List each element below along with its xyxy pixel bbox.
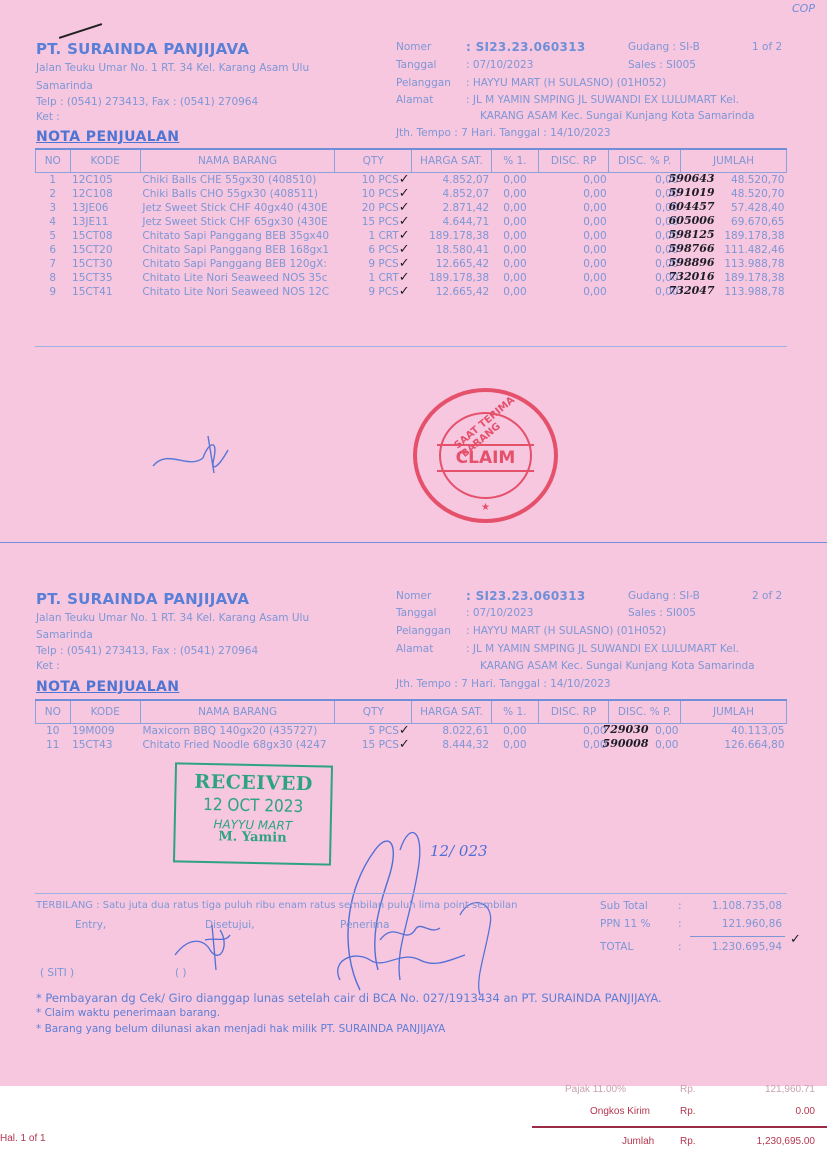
table-row: 413JE11Jetz Sweet Stick CHF 65gx30 (430E…	[36, 215, 787, 229]
row-disc-p: 0,00590643	[609, 173, 681, 188]
handwritten-note: 604457	[669, 200, 715, 213]
row-harga: 4.852,07	[412, 173, 492, 188]
row-disc-p: 0,00598125	[609, 229, 681, 243]
row-kode: 12C105	[70, 173, 140, 188]
sig-entry-name: ( SITI )	[40, 967, 74, 979]
row-kode: 15CT41	[70, 285, 140, 299]
ongkos-label: Ongkos Kirim	[590, 1106, 650, 1117]
handwritten-note: 732016	[669, 270, 715, 283]
col-nama-barang: NAMA BARANG	[140, 149, 334, 173]
company-address: Jalan Teuku Umar No. 1 RT. 34 Kel. Karan…	[36, 62, 309, 74]
alamat-label: Alamat	[396, 94, 433, 106]
pelanggan-value: : HAYYU MART (H SULASNO) (01H052)	[466, 77, 666, 89]
table-bottom-rule	[35, 346, 787, 347]
total-label: TOTAL	[600, 941, 633, 953]
row-kode: 13JE11	[70, 215, 140, 229]
jatuh-tempo: Jth. Tempo : 7 Hari. Tanggal : 14/10/202…	[396, 678, 611, 690]
ongkos-value: 0.00	[720, 1106, 815, 1117]
row-persen: 0,00	[491, 173, 538, 188]
pajak-currency: Rp.	[680, 1084, 696, 1095]
col-no: NO	[36, 149, 71, 173]
col-harga-sat: HARGA SAT.	[412, 700, 491, 724]
table-row: 815CT35Chitato Lite Nori Seaweed NOS 35c…	[36, 271, 787, 285]
table-row: 1115CT43Chitato Fried Noodle 68gx30 (424…	[36, 738, 787, 752]
company-address: Jalan Teuku Umar No. 1 RT. 34 Kel. Karan…	[36, 612, 309, 624]
sales: Sales : SI005	[628, 607, 696, 619]
table-row: 1019M009Maxicorn BBQ 140gx20 (435727)5 P…	[36, 724, 787, 739]
row-no: 4	[36, 215, 71, 229]
alamat-line1: : JL M YAMIN SMPING JL SUWANDI EX LULUMA…	[466, 643, 739, 655]
totals-rule	[35, 893, 787, 894]
row-nama-barang: Chitato Fried Noodle 68gx30 (4247	[140, 738, 334, 752]
row-persen: 0,00	[491, 201, 538, 215]
row-disc-rp: 0,00	[539, 271, 609, 285]
alamat-line2: KARANG ASAM Kec. Sungai Kunjang Kota Sam…	[480, 110, 755, 122]
tanggal-value: : 07/10/2023	[466, 59, 533, 71]
row-disc-p: 0,00729030	[609, 724, 681, 739]
col-disc-p: DISC. % P.	[609, 700, 681, 724]
row-disc-rp: 0,00	[539, 285, 609, 299]
checkmark-icon: ✓	[399, 186, 410, 201]
checkmark-icon: ✓	[399, 172, 410, 187]
checkmark-icon: ✓	[399, 737, 410, 752]
company-name: PT. SURAINDA PANJIJAVA	[36, 590, 249, 608]
row-qty: 10 PCS✓	[335, 187, 412, 201]
jumlah-label: Jumlah	[622, 1136, 654, 1147]
page-divider	[0, 542, 827, 543]
payment-note: * Pembayaran dg Cek/ Giro dianggap lunas…	[36, 991, 662, 1005]
pelanggan-value: : HAYYU MART (H SULASNO) (01H052)	[466, 625, 666, 637]
row-qty: 1 CRT✓	[335, 271, 412, 285]
total-checkmark: ✓	[790, 932, 801, 947]
row-disc-p: 0,00598766	[609, 243, 681, 257]
col-kode: KODE	[70, 149, 140, 173]
nomer-label: Nomer	[396, 590, 431, 602]
row-disc-p: 0,00590008	[609, 738, 681, 752]
terbilang: TERBILANG : Satu juta dua ratus tiga pul…	[36, 900, 518, 911]
checkmark-icon: ✓	[399, 723, 410, 738]
row-qty: 9 PCS✓	[335, 257, 412, 271]
total-rule	[690, 936, 785, 937]
col-persen: % 1.	[491, 700, 538, 724]
row-disc-rp: 0,00	[539, 738, 609, 752]
row-harga: 2.871,42	[412, 201, 492, 215]
row-nama-barang: Chiki Balls CHE 55gx30 (408510)	[140, 173, 334, 188]
row-harga: 8.444,32	[412, 738, 491, 752]
row-no: 1	[36, 173, 71, 188]
row-harga: 8.022,61	[412, 724, 491, 739]
row-disc-rp: 0,00	[539, 724, 609, 739]
alamat-line1: : JL M YAMIN SMPING JL SUWANDI EX LULUMA…	[466, 94, 739, 106]
col-disc-rp: DISC. RP	[539, 149, 609, 173]
col-jumlah: JUMLAH	[681, 149, 787, 173]
table-row: 615CT20Chitato Sapi Panggang BEB 168gx16…	[36, 243, 787, 257]
row-qty: 15 PCS✓	[335, 215, 412, 229]
checkmark-icon: ✓	[399, 200, 410, 215]
row-disc-p: 0,00604457	[609, 201, 681, 215]
row-qty: 5 PCS✓	[335, 724, 412, 739]
checkmark-icon: ✓	[399, 270, 410, 285]
jumlah-value: 1,230,695.00	[720, 1136, 815, 1147]
alamat-line2: KARANG ASAM Kec. Sungai Kunjang Kota Sam…	[480, 660, 755, 672]
row-nama-barang: Chiki Balls CHO 55gx30 (408511)	[140, 187, 334, 201]
company-phone: Telp : (0541) 273413, Fax : (0541) 27096…	[36, 645, 258, 657]
sales: Sales : SI005	[628, 59, 696, 71]
gudang: Gudang : SI-B	[628, 590, 700, 602]
row-disc-p: 0,00605006	[609, 215, 681, 229]
handwritten-note: 590643	[669, 172, 715, 185]
company-city: Samarinda	[36, 80, 93, 92]
row-harga: 12.665,42	[412, 285, 492, 299]
row-qty: 15 PCS✓	[335, 738, 412, 752]
row-qty: 6 PCS✓	[335, 243, 412, 257]
row-no: 10	[36, 724, 71, 739]
company-city: Samarinda	[36, 629, 93, 641]
row-persen: 0,00	[491, 271, 538, 285]
col-disc-rp: DISC. RP	[539, 700, 609, 724]
items-table: NO KODE NAMA BARANG QTY HARGA SAT. % 1. …	[35, 148, 787, 299]
underlying-receipt: Pajak 11.00% Rp. 121,960.71 Ongkos Kirim…	[0, 1086, 827, 1169]
row-persen: 0,00	[491, 215, 538, 229]
page-info-text: Hal. 1 of 1	[0, 1133, 46, 1144]
row-no: 8	[36, 271, 71, 285]
checkmark-icon: ✓	[399, 228, 410, 243]
row-no: 6	[36, 243, 71, 257]
row-no: 2	[36, 187, 71, 201]
row-no: 3	[36, 201, 71, 215]
row-no: 11	[36, 738, 71, 752]
handwritten-scribble	[148, 428, 238, 478]
table-row: 715CT30Chitato Sapi Panggang BEB 120gX:9…	[36, 257, 787, 271]
checkmark-icon: ✓	[399, 214, 410, 229]
claim-note: * Claim waktu penerimaan barang.	[36, 1007, 220, 1019]
pelanggan-label: Pelanggan	[396, 77, 451, 89]
tanggal-value: : 07/10/2023	[466, 607, 533, 619]
table-row: 212C108Chiki Balls CHO 55gx30 (408511)10…	[36, 187, 787, 201]
col-disc-p: DISC. % P.	[609, 149, 681, 173]
col-kode: KODE	[70, 700, 140, 724]
row-harga: 4.644,71	[412, 215, 492, 229]
row-harga: 12.665,42	[412, 257, 492, 271]
page-info: Hal. 1 of 1	[0, 1133, 46, 1144]
document-title: NOTA PENJUALAN	[36, 679, 179, 695]
row-kode: 15CT35	[70, 271, 140, 285]
row-jumlah: 126.664,80	[680, 738, 786, 752]
row-kode: 15CT20	[70, 243, 140, 257]
row-no: 7	[36, 257, 71, 271]
page-number: 2 of 2	[752, 590, 782, 602]
col-harga-sat: HARGA SAT.	[412, 149, 492, 173]
row-kode: 19M009	[70, 724, 140, 739]
col-qty: QTY	[335, 149, 412, 173]
row-disc-p: 0,00598896	[609, 257, 681, 271]
row-no: 9	[36, 285, 71, 299]
alamat-label: Alamat	[396, 643, 433, 655]
subtotal-label: Sub Total	[600, 900, 648, 912]
pajak-label: Pajak 11.00%	[565, 1084, 626, 1095]
row-qty: 1 CRT✓	[335, 229, 412, 243]
handwritten-note: 729030	[603, 723, 649, 736]
row-kode: 13JE06	[70, 201, 140, 215]
row-disc-rp: 0,00	[539, 229, 609, 243]
handwritten-note: 605006	[669, 214, 715, 227]
pelanggan-label: Pelanggan	[396, 625, 451, 637]
tanggal-label: Tanggal	[396, 607, 436, 619]
sig-penerima-label: Penerima	[340, 919, 389, 931]
subtotal-value: 1.108.735,08	[700, 900, 782, 912]
jumlah-rule	[532, 1126, 827, 1128]
row-nama-barang: Chitato Sapi Panggang BEB 35gx40	[140, 229, 334, 243]
row-nama-barang: Chitato Lite Nori Seaweed NOS 35c	[140, 271, 334, 285]
row-persen: 0,00	[491, 285, 538, 299]
table-row: 112C105Chiki Balls CHE 55gx30 (408510)10…	[36, 173, 787, 188]
handwritten-note: 598125	[669, 228, 715, 241]
row-nama-barang: Chitato Lite Nori Seaweed NOS 12C	[140, 285, 334, 299]
row-disc-rp: 0,00	[539, 243, 609, 257]
claim-stamp: SAAT TERIMA BARANG CLAIM ★	[413, 388, 558, 523]
row-harga: 4.852,07	[412, 187, 492, 201]
row-kode: 15CT30	[70, 257, 140, 271]
row-disc-p: 0,00732047	[609, 285, 681, 299]
row-nama-barang: Maxicorn BBQ 140gx20 (435727)	[140, 724, 334, 739]
row-disc-rp: 0,00	[539, 215, 609, 229]
total-value: 1.230.695,94	[700, 941, 782, 953]
company-name: PT. SURAINDA PANJIJAVA	[36, 40, 249, 58]
pajak-value: 121,960.71	[720, 1084, 815, 1095]
row-qty: 20 PCS✓	[335, 201, 412, 215]
page-number: 1 of 2	[752, 41, 782, 53]
handwritten-note: 590008	[603, 737, 649, 750]
row-harga: 189.178,38	[412, 229, 492, 243]
handwritten-note: 598896	[669, 256, 715, 269]
jumlah-currency: Rp.	[680, 1136, 696, 1147]
row-harga: 18.580,41	[412, 243, 492, 257]
table-row: 515CT08Chitato Sapi Panggang BEB 35gx401…	[36, 229, 787, 243]
checkmark-icon: ✓	[399, 242, 410, 257]
table-row: 313JE06Jetz Sweet Stick CHF 40gx40 (430E…	[36, 201, 787, 215]
row-disc-rp: 0,00	[539, 257, 609, 271]
jatuh-tempo: Jth. Tempo : 7 Hari. Tanggal : 14/10/202…	[396, 127, 611, 139]
items-table: NO KODE NAMA BARANG QTY HARGA SAT. % 1. …	[35, 699, 787, 752]
row-harga: 189.178,38	[412, 271, 492, 285]
row-persen: 0,00	[491, 257, 538, 271]
row-nama-barang: Chitato Sapi Panggang BEB 120gX:	[140, 257, 334, 271]
row-disc-rp: 0,00	[539, 187, 609, 201]
row-kode: 12C108	[70, 187, 140, 201]
col-nama-barang: NAMA BARANG	[140, 700, 334, 724]
row-persen: 0,00	[491, 243, 538, 257]
handwritten-note: 732047	[669, 284, 715, 297]
row-nama-barang: Jetz Sweet Stick CHF 65gx30 (430E	[140, 215, 334, 229]
ownership-note: * Barang yang belum dilunasi akan menjad…	[36, 1023, 445, 1035]
received-title: RECEIVED	[176, 770, 330, 795]
col-qty: QTY	[335, 700, 412, 724]
gudang: Gudang : SI-B	[628, 41, 700, 53]
row-qty: 9 PCS✓	[335, 285, 412, 299]
nomer-value: : SI23.23.060313	[466, 589, 586, 603]
row-disc-p: 0,00591019	[609, 187, 681, 201]
row-disc-rp: 0,00	[539, 173, 609, 188]
document-title: NOTA PENJUALAN	[36, 129, 179, 145]
row-qty: 10 PCS✓	[335, 173, 412, 188]
ppn-value: 121.960,86	[700, 918, 782, 930]
row-jumlah: 40.113,05	[680, 724, 786, 739]
row-nama-barang: Chitato Sapi Panggang BEB 168gx1	[140, 243, 334, 257]
nomer-label: Nomer	[396, 41, 431, 53]
pen-mark	[59, 23, 102, 39]
row-persen: 0,00	[491, 724, 538, 739]
row-no: 5	[36, 229, 71, 243]
ket-label: Ket :	[36, 111, 60, 123]
row-disc-rp: 0,00	[539, 201, 609, 215]
handwritten-note: 591019	[669, 186, 715, 199]
ket-label: Ket :	[36, 660, 60, 672]
nomer-value: : SI23.23.060313	[466, 40, 586, 54]
handwritten-note: 598766	[669, 242, 715, 255]
checkmark-icon: ✓	[399, 284, 410, 299]
col-persen: % 1.	[491, 149, 538, 173]
approver-signature	[170, 915, 250, 975]
col-jumlah: JUMLAH	[680, 700, 786, 724]
col-no: NO	[36, 700, 71, 724]
table-row: 915CT41Chitato Lite Nori Seaweed NOS 12C…	[36, 285, 787, 299]
row-kode: 15CT08	[70, 229, 140, 243]
corner-mark: COP	[792, 2, 815, 15]
row-persen: 0,00	[491, 229, 538, 243]
tanggal-label: Tanggal	[396, 59, 436, 71]
ppn-label: PPN 11 %	[600, 918, 651, 930]
row-nama-barang: Jetz Sweet Stick CHF 40gx40 (430E	[140, 201, 334, 215]
checkmark-icon: ✓	[399, 256, 410, 271]
row-persen: 0,00	[491, 187, 538, 201]
row-disc-p: 0,00732016	[609, 271, 681, 285]
stamp-claim-text: CLAIM	[437, 444, 534, 472]
invoice-paper: COP PT. SURAINDA PANJIJAVA Jalan Teuku U…	[0, 0, 827, 1086]
row-kode: 15CT43	[70, 738, 140, 752]
row-persen: 0,00	[491, 738, 538, 752]
company-phone: Telp : (0541) 273413, Fax : (0541) 27096…	[36, 96, 258, 108]
sig-entry-label: Entry,	[75, 919, 106, 931]
ongkos-currency: Rp.	[680, 1106, 696, 1117]
